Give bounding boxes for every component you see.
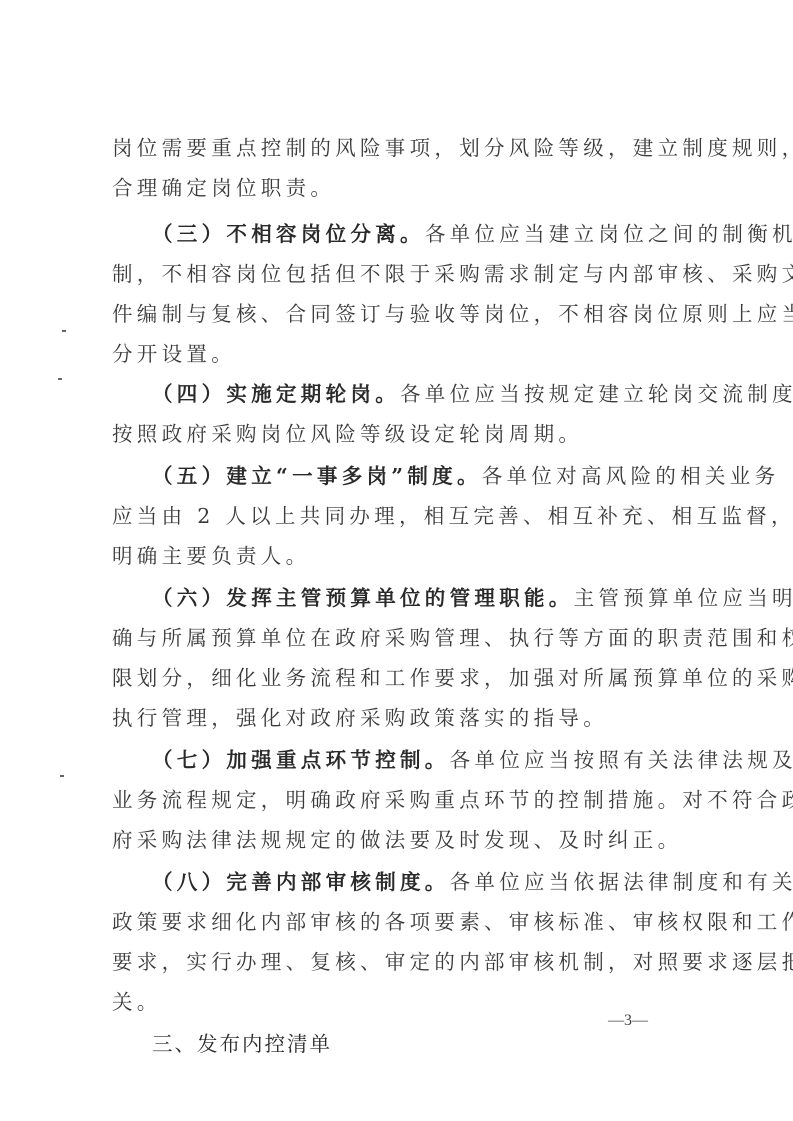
body-line: 岗位需要重点控制的风险事项，划分风险等级，建立制度规则， <box>112 128 692 168</box>
body-line: 限划分，细化业务流程和工作要求，加强对所属预算单位的采购 <box>112 658 692 698</box>
body-line: 府采购法律法规规定的做法要及时发现、及时纠正。 <box>112 820 692 860</box>
paragraph-6-start: （六）发挥主管预算单位的管理职能。主管预算单位应当明 <box>152 578 732 618</box>
page-number: —3— <box>608 1012 648 1030</box>
body-line: 业务流程规定，明确政府采购重点环节的控制措施。对不符合政 <box>112 780 692 820</box>
body-line: 明确主要负责人。 <box>112 536 692 576</box>
body-line: 件编制与复核、合同签订与验收等岗位，不相容岗位原则上应当 <box>112 294 692 334</box>
body-line: 制，不相容岗位包括但不限于采购需求制定与内部审核、采购文 <box>112 254 692 294</box>
scan-mark <box>58 378 62 380</box>
paragraph-5-start: （五）建立“一事多岗”制度。各单位对高风险的相关业务 <box>152 456 732 496</box>
body-line: 关。 <box>112 982 692 1022</box>
body-line: 分开设置。 <box>112 334 692 374</box>
body-line: 政策要求细化内部审核的各项要素、审核标准、审核权限和工作 <box>112 902 692 942</box>
body-line: 应当由 2 人以上共同办理，相互完善、相互补充、相互监督，并 <box>112 496 692 536</box>
paragraph-7-start: （七）加强重点环节控制。各单位应当按照有关法律法规及 <box>152 740 732 780</box>
body-line: 合理确定岗位职责。 <box>112 168 692 208</box>
section-heading: 三、发布内控清单 <box>152 1024 332 1064</box>
body-line: 执行管理，强化对政府采购政策落实的指导。 <box>112 698 692 738</box>
paragraph-4-start: （四）实施定期轮岗。各单位应当按规定建立轮岗交流制度， <box>152 374 732 414</box>
scan-mark <box>62 330 66 332</box>
body-line: 确与所属预算单位在政府采购管理、执行等方面的职责范围和权 <box>112 618 692 658</box>
body-line: 要求，实行办理、复核、审定的内部审核机制，对照要求逐层把 <box>112 942 692 982</box>
paragraph-3-start: （三）不相容岗位分离。各单位应当建立岗位之间的制衡机 <box>152 214 732 254</box>
body-line: 按照政府采购岗位风险等级设定轮岗周期。 <box>112 414 692 454</box>
document-page: 岗位需要重点控制的风险事项，划分风险等级，建立制度规则， 合理确定岗位职责。 （… <box>0 0 793 1121</box>
scan-mark <box>60 775 64 777</box>
paragraph-8-start: （八）完善内部审核制度。各单位应当依据法律制度和有关 <box>152 862 732 902</box>
